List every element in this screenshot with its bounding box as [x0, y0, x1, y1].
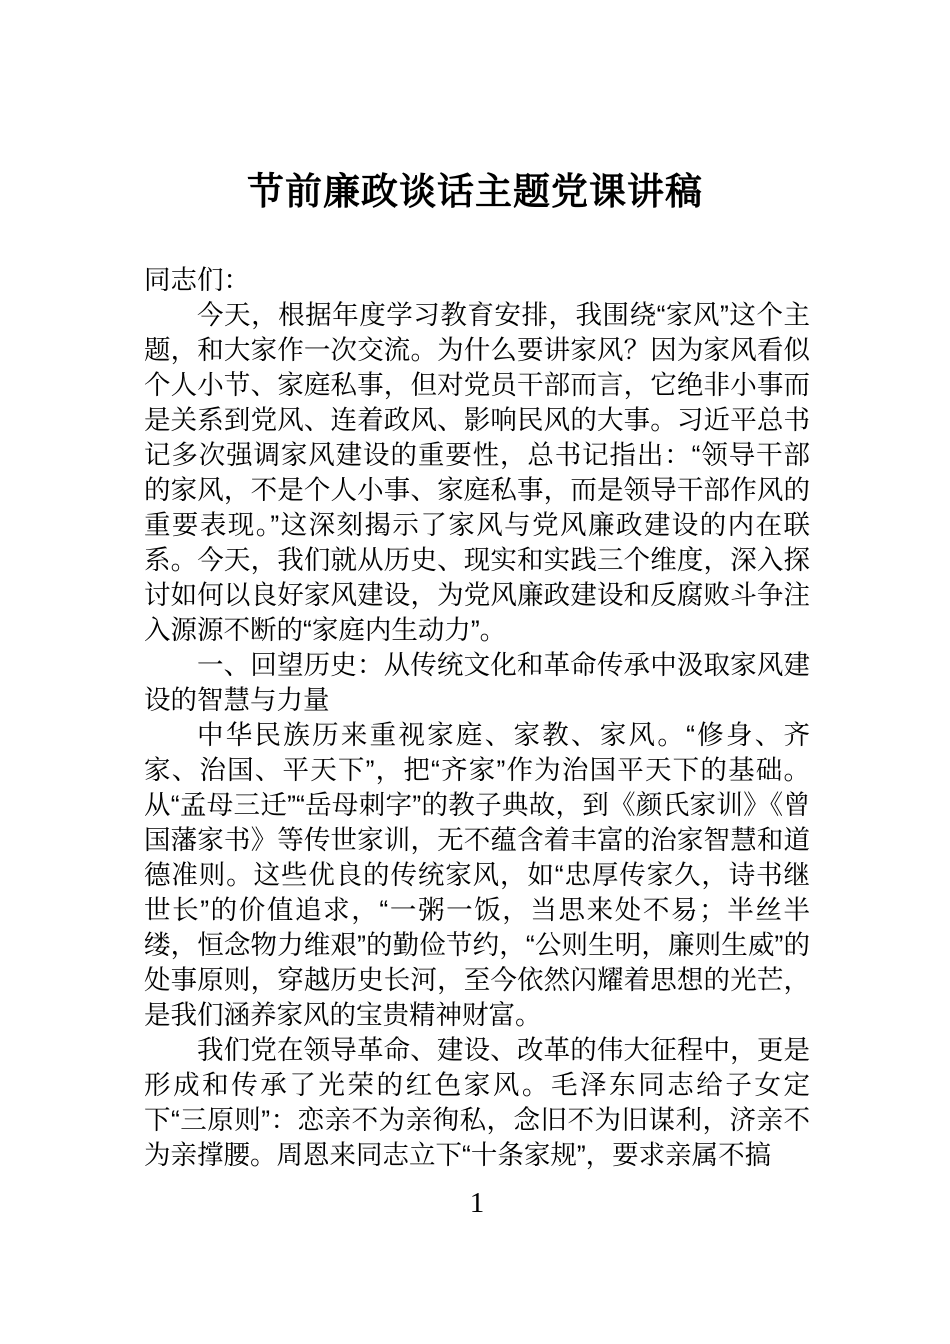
- document-title: 节前廉政谈话主题党课讲稿: [0, 166, 950, 218]
- paragraph-red-family-traditions: 我们党在领导革命、建设、改革的伟大征程中，更是形成和传承了光荣的红色家风。毛泽东…: [144, 1033, 810, 1173]
- document-body: 同志们： 今天，根据年度学习教育安排，我围绕“家风”这个主题，和大家作一次交流。…: [144, 263, 810, 1173]
- paragraph-intro: 今天，根据年度学习教育安排，我围绕“家风”这个主题，和大家作一次交流。为什么要讲…: [144, 298, 810, 648]
- page-number: 1: [144, 1188, 810, 1218]
- document-page: 节前廉政谈话主题党课讲稿 同志们： 今天，根据年度学习教育安排，我围绕“家风”这…: [0, 0, 950, 1344]
- section-heading-1: 一、回望历史：从传统文化和革命传承中汲取家风建设的智慧与力量: [144, 648, 810, 718]
- salutation-line: 同志们：: [144, 263, 810, 298]
- paragraph-traditional-family-values: 中华民族历来重视家庭、家教、家风。“修身、齐家、治国、平天下”，把“齐家”作为治…: [144, 718, 810, 1033]
